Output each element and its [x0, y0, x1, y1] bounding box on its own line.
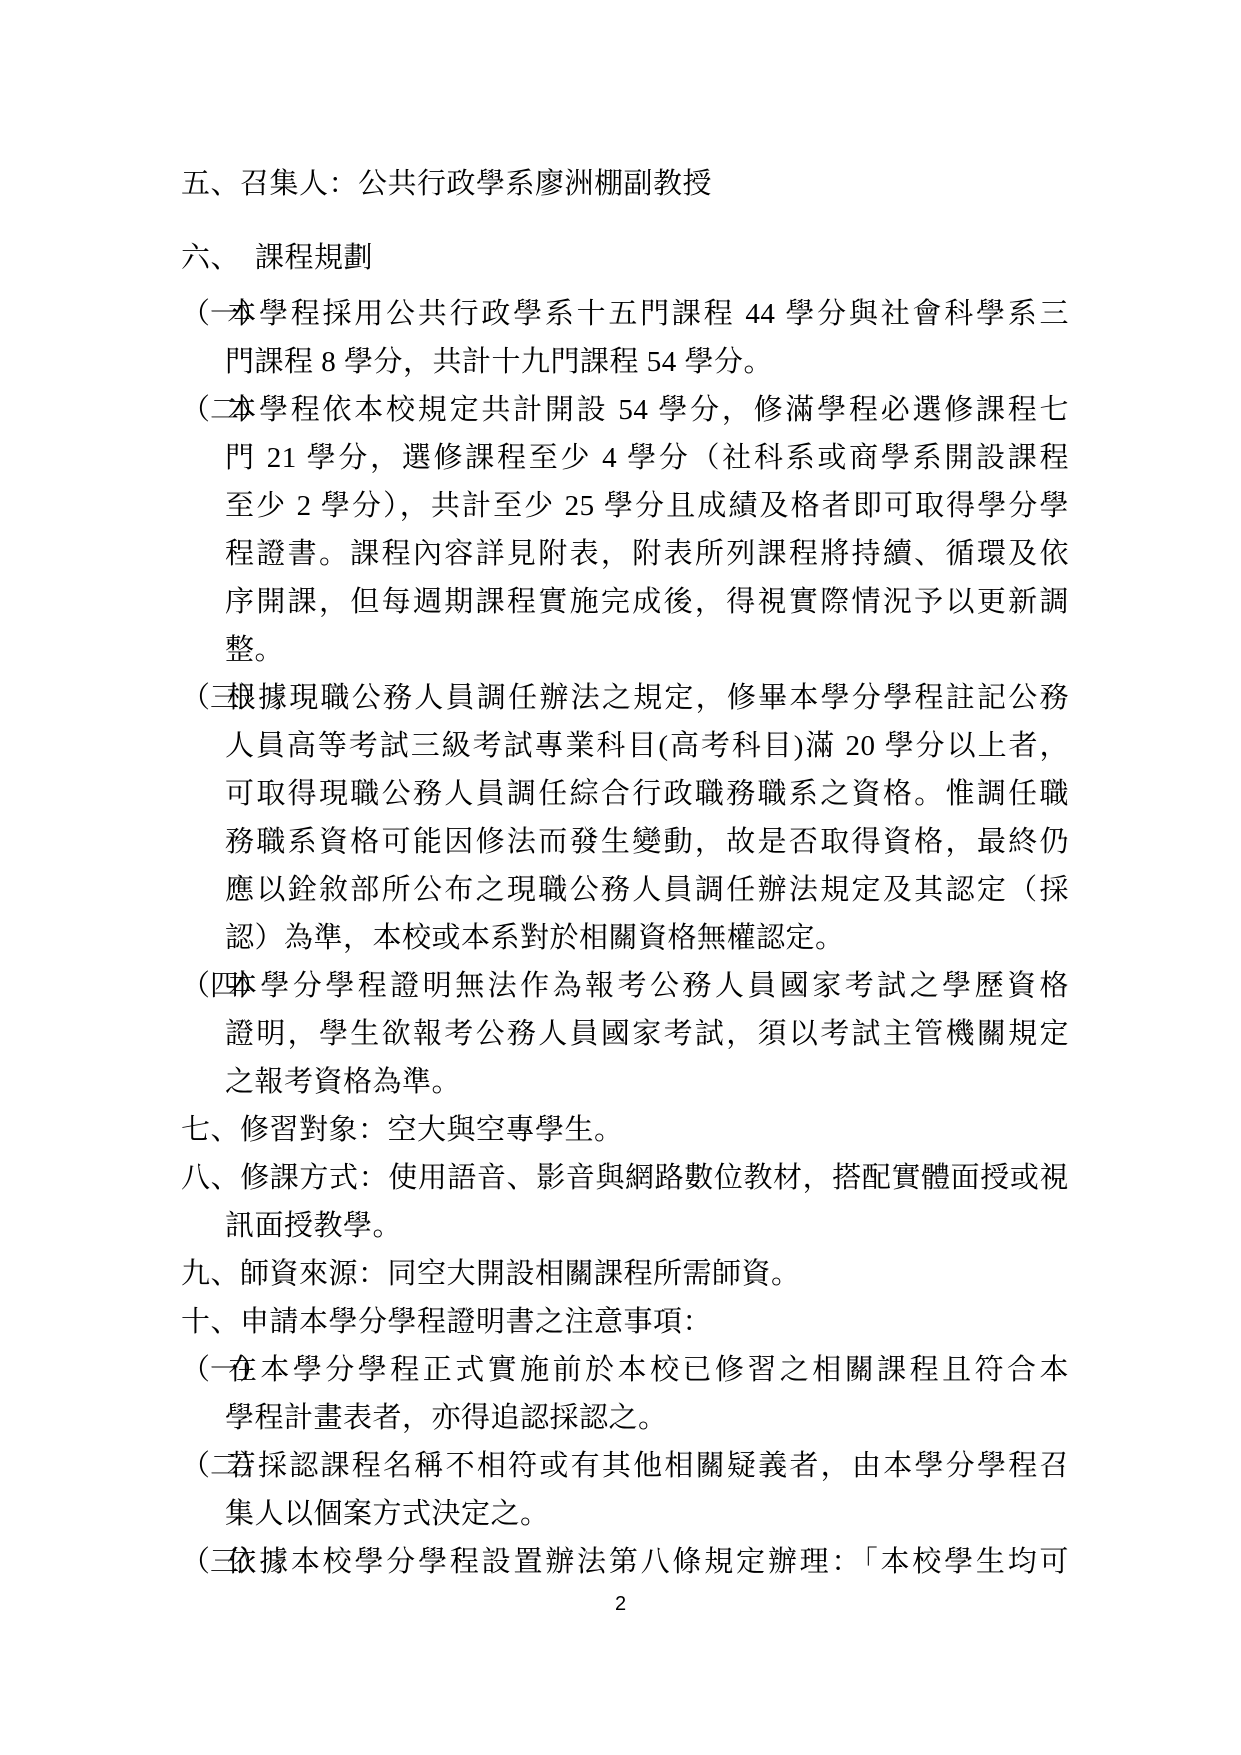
- document-body: 五、召集人：公共行政學系廖洲棚副教授 六、 課程規劃 （一）本學程採用公共行政學…: [181, 160, 1069, 1586]
- text-line: 門課程 8 學分，共計十九門課程 54 學分。: [225, 338, 1069, 386]
- text-line: 七、修習對象：空大與空專學生。: [181, 1106, 1069, 1154]
- text-line: 之報考資格為準。: [225, 1058, 1069, 1106]
- text-line: 人員高等考試三級考試專業科目(高考科目)滿 20 學分以上者，: [225, 722, 1069, 770]
- list-item-marker: （二）: [181, 1442, 225, 1490]
- text-line: 務職系資格可能因修法而發生變動，故是否取得資格，最終仍: [225, 818, 1069, 866]
- list-item-marker: （二）: [181, 386, 225, 434]
- text-line-body: 本學程依本校規定共計開設 54 學分，修滿學程必選修課程七: [225, 394, 1069, 426]
- text-line-body: 根據現職公務人員調任辦法之規定，修畢本學分學程註記公務: [225, 682, 1069, 714]
- text-line: 認）為準，本校或本系對於相關資格無權認定。: [225, 914, 1069, 962]
- list-item-marker: （一）: [181, 1346, 225, 1394]
- text-line: 程證書。課程內容詳見附表，附表所列課程將持續、循環及依: [225, 530, 1069, 578]
- text-line: 序開課，但每週期課程實施完成後，得視實際情況予以更新調: [225, 578, 1069, 626]
- text-line-body: 在本學分學程正式實施前於本校已修習之相關課程且符合本: [225, 1354, 1069, 1386]
- text-line: 八、修課方式：使用語音、影音與網路數位教材，搭配實體面授或視: [181, 1154, 1069, 1202]
- text-line-body: 本學分學程證明無法作為報考公務人員國家考試之學歷資格: [225, 970, 1069, 1002]
- text-line: 訊面授教學。: [225, 1202, 1069, 1250]
- text-line: 整。: [225, 626, 1069, 674]
- text-line: 應以銓敘部所公布之現職公務人員調任辦法規定及其認定（採: [225, 866, 1069, 914]
- list-item-marker: （三）: [181, 1538, 225, 1586]
- text-line: 五、召集人：公共行政學系廖洲棚副教授: [181, 160, 1069, 208]
- text-line: 可取得現職公務人員調任綜合行政職務職系之資格。惟調任職: [225, 770, 1069, 818]
- text-line-body: 若採認課程名稱不相符或有其他相關疑義者，由本學分學程召: [225, 1450, 1069, 1482]
- text-line: （二）本學程依本校規定共計開設 54 學分，修滿學程必選修課程七: [181, 386, 1069, 434]
- text-line-body: 本學程採用公共行政學系十五門課程 44 學分與社會科學系三: [225, 298, 1069, 330]
- text-line: （三）根據現職公務人員調任辦法之規定，修畢本學分學程註記公務: [181, 674, 1069, 722]
- list-item-marker: （四）: [181, 962, 225, 1010]
- text-line: （一）在本學分學程正式實施前於本校已修習之相關課程且符合本: [181, 1346, 1069, 1394]
- text-line: 十、申請本學分學程證明書之注意事項：: [181, 1298, 1069, 1346]
- text-line-body: 依據本校學分學程設置辦法第八條規定辦理：「本校學生均可: [225, 1546, 1069, 1578]
- text-line: 至少 2 學分），共計至少 25 學分且成績及格者即可取得學分學: [225, 482, 1069, 530]
- document-page: 五、召集人：公共行政學系廖洲棚副教授 六、 課程規劃 （一）本學程採用公共行政學…: [0, 0, 1241, 1755]
- list-item-marker: （一）: [181, 290, 225, 338]
- text-line: （一）本學程採用公共行政學系十五門課程 44 學分與社會科學系三: [181, 290, 1069, 338]
- text-line: 六、 課程規劃: [181, 234, 1069, 282]
- text-line: （三）依據本校學分學程設置辦法第八條規定辦理：「本校學生均可: [181, 1538, 1069, 1586]
- text-line: 證明，學生欲報考公務人員國家考試，須以考試主管機關規定: [225, 1010, 1069, 1058]
- text-line: （四）本學分學程證明無法作為報考公務人員國家考試之學歷資格: [181, 962, 1069, 1010]
- text-line: 九、師資來源：同空大開設相關課程所需師資。: [181, 1250, 1069, 1298]
- text-line: 門 21 學分，選修課程至少 4 學分（社科系或商學系開設課程: [225, 434, 1069, 482]
- page-number: 2: [0, 1593, 1241, 1616]
- text-line: 學程計畫表者，亦得追認採認之。: [225, 1394, 1069, 1442]
- list-item-marker: （三）: [181, 674, 225, 722]
- text-line: （二）若採認課程名稱不相符或有其他相關疑義者，由本學分學程召: [181, 1442, 1069, 1490]
- text-line: 集人以個案方式決定之。: [225, 1490, 1069, 1538]
